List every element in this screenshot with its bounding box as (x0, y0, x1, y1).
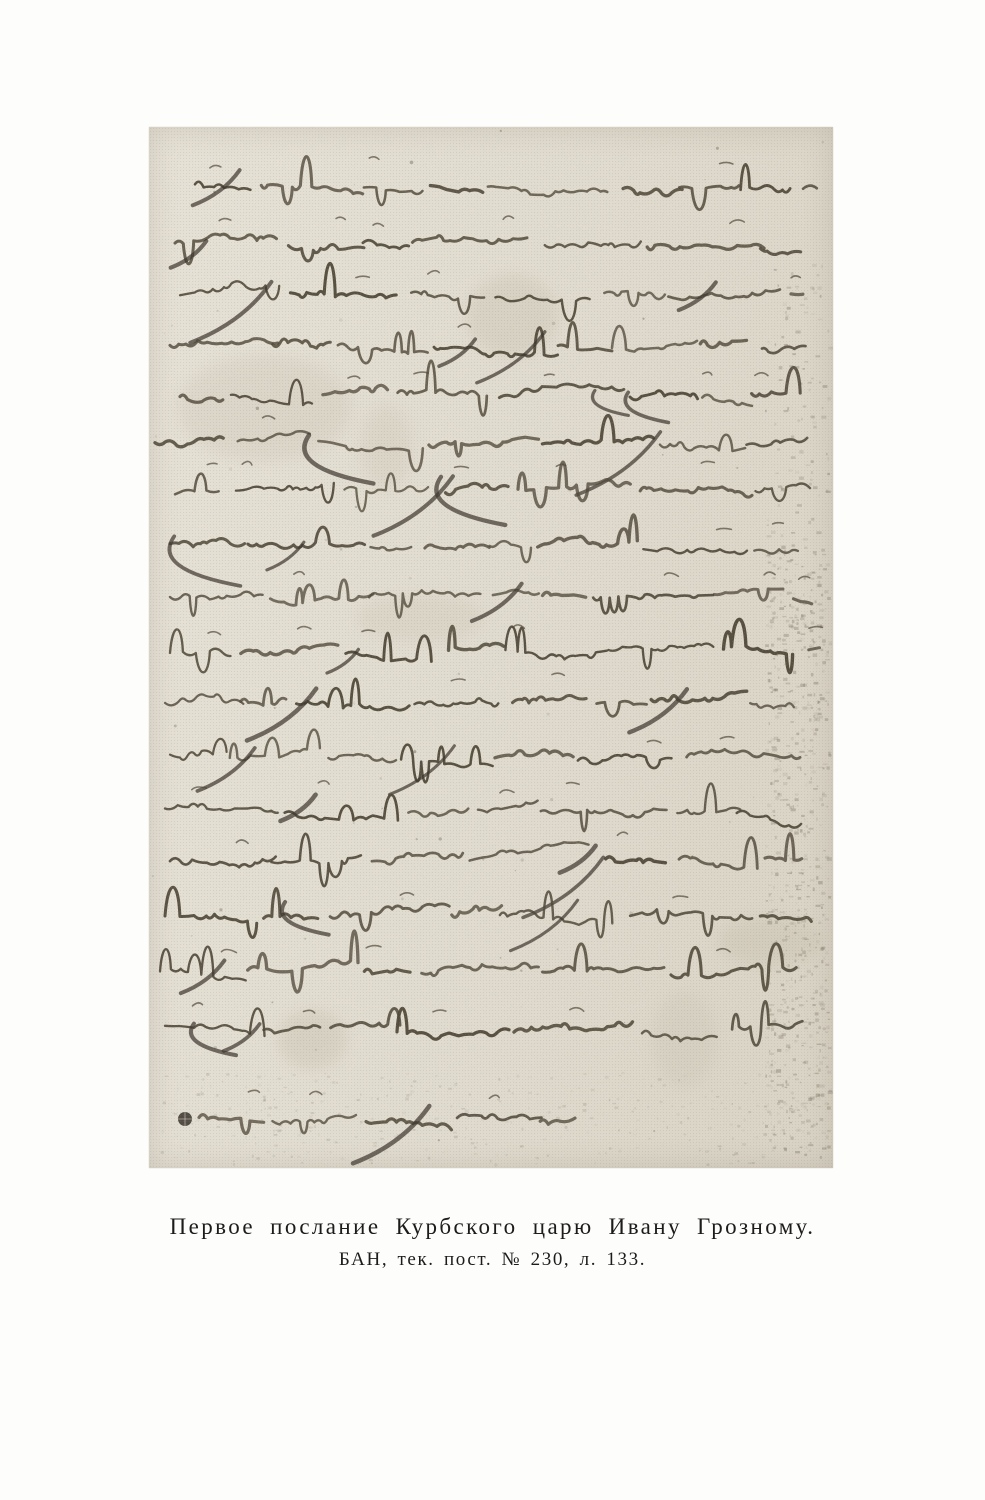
manuscript-handwriting-image (149, 127, 833, 1168)
film-grain-overlay (149, 127, 833, 1168)
book-page: Первое послание Курбского царю Ивану Гро… (0, 0, 985, 1500)
figure-caption: Первое послание Курбского царю Ивану Гро… (0, 1213, 985, 1271)
manuscript-facsimile (149, 127, 833, 1168)
caption-source: БАН, тек. пост. № 230, л. 133. (0, 1249, 985, 1272)
caption-title: Первое послание Курбского царю Ивану Гро… (0, 1213, 985, 1241)
